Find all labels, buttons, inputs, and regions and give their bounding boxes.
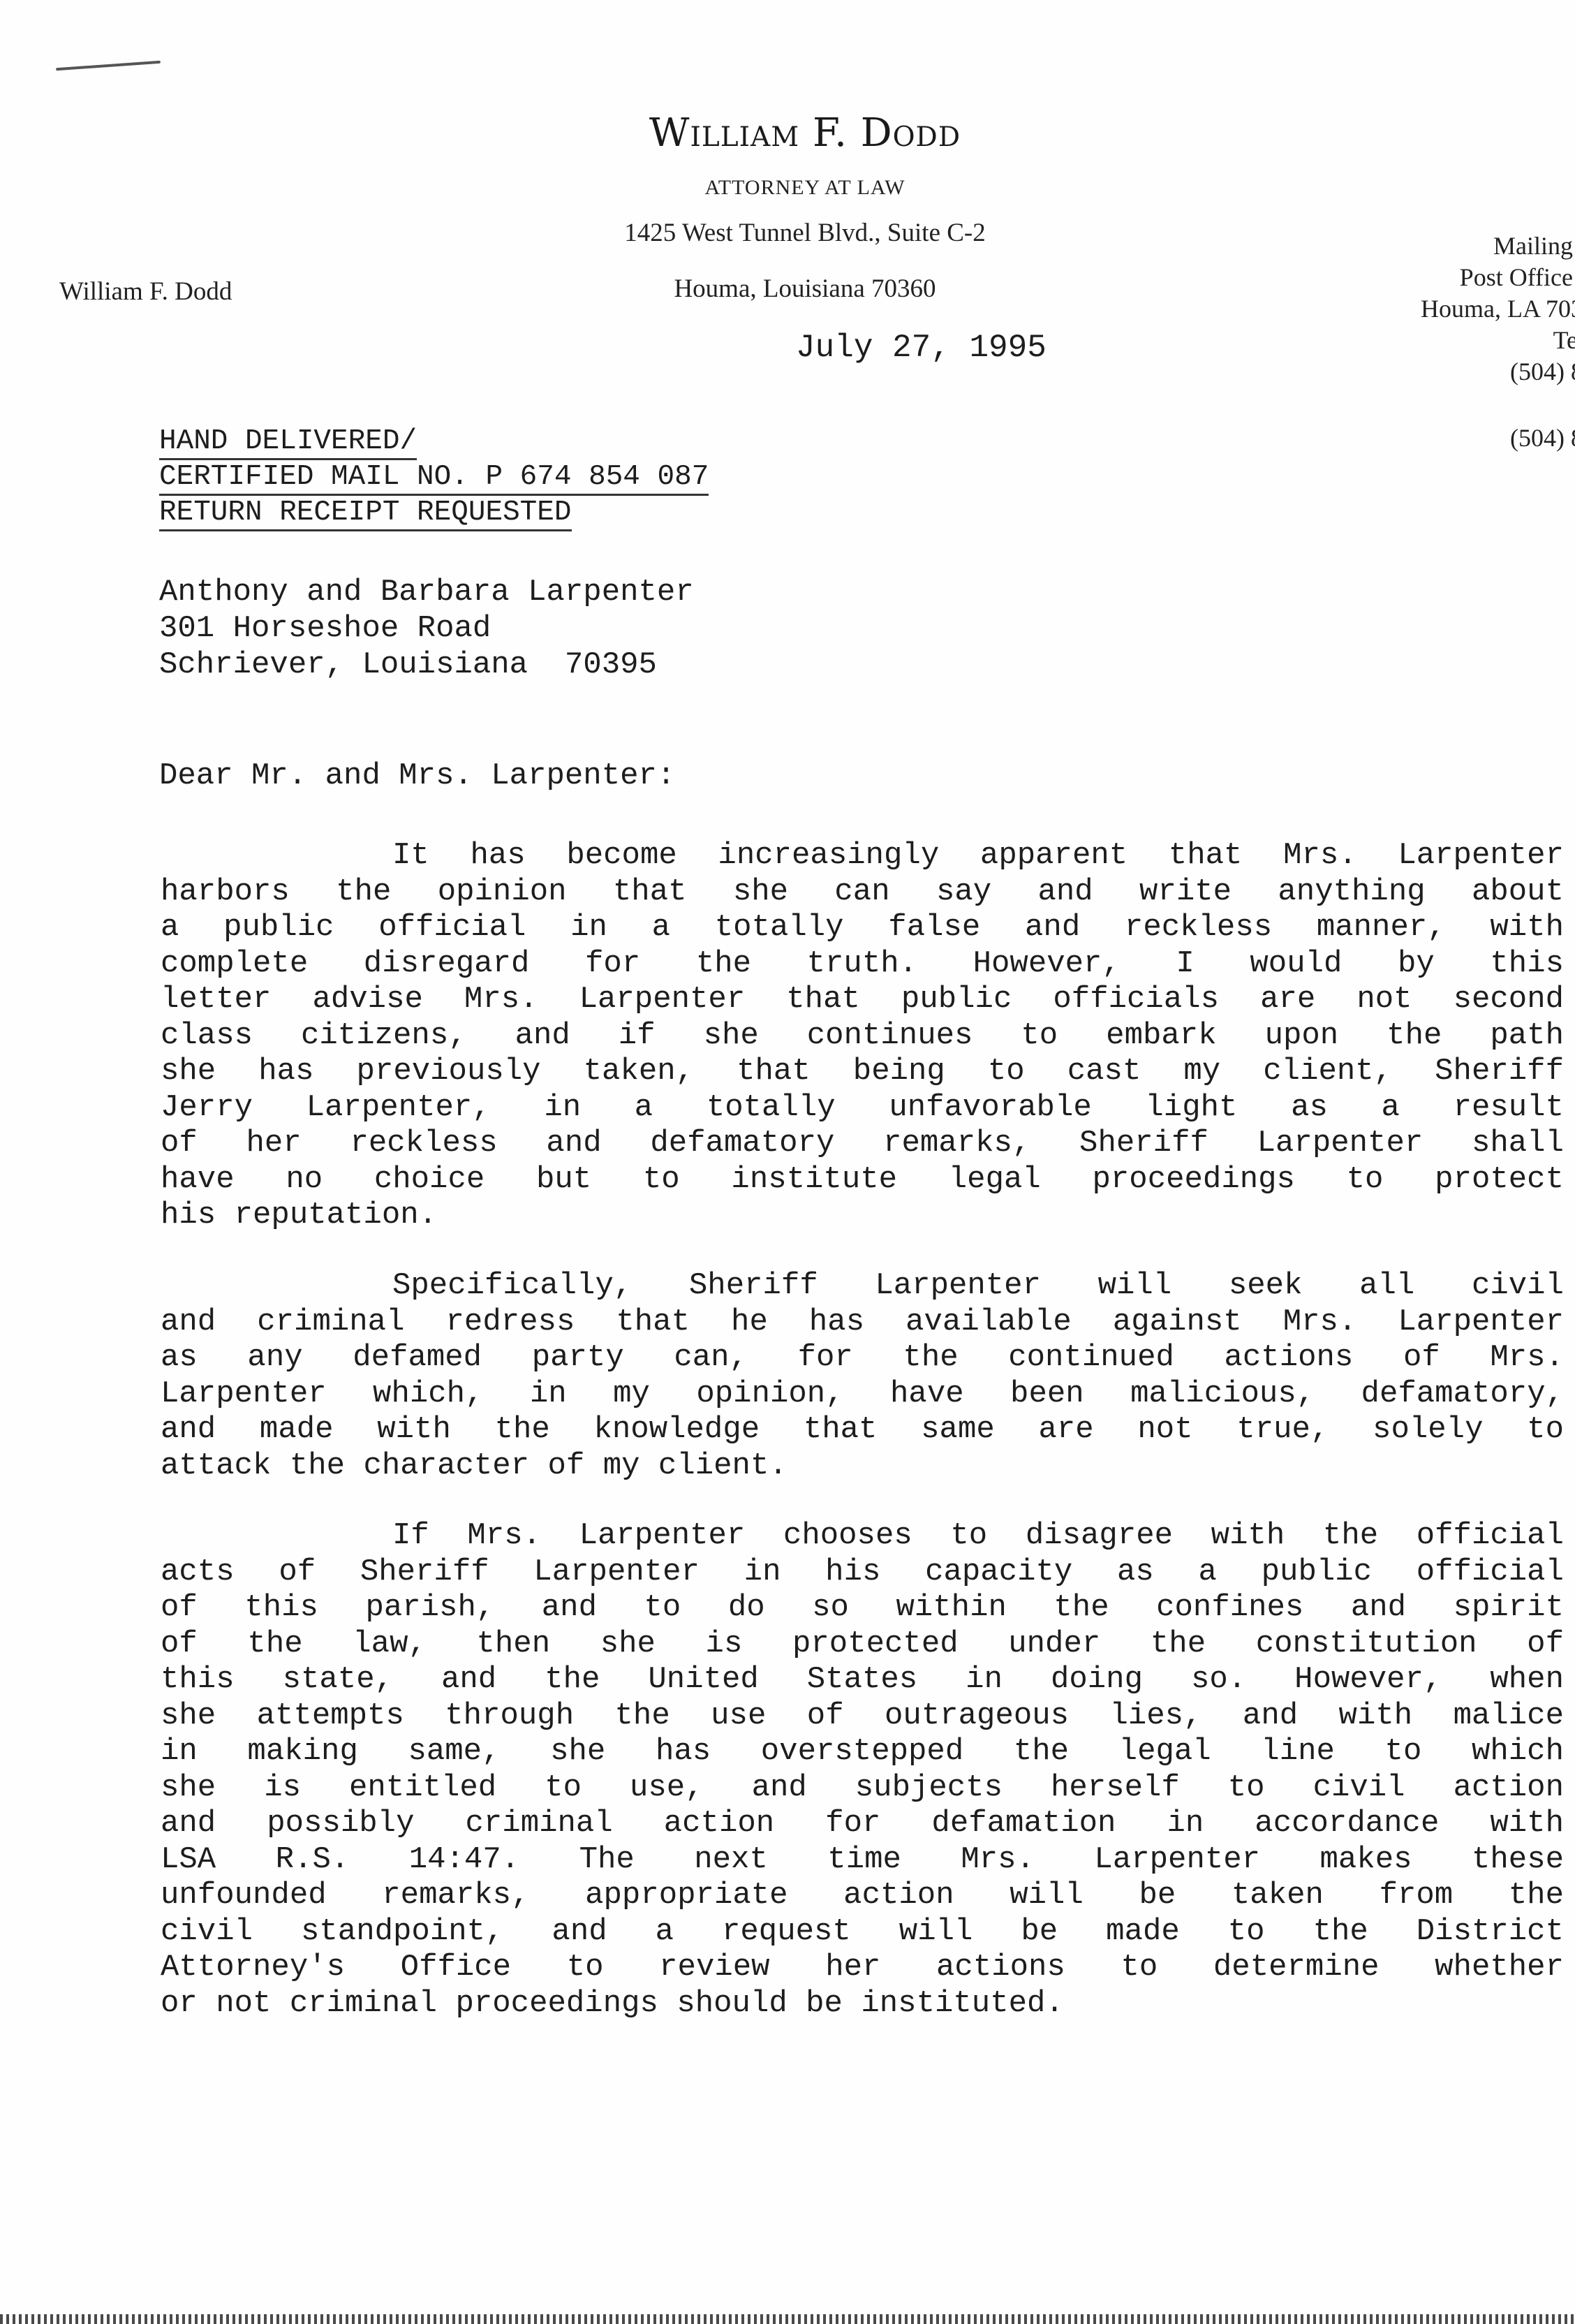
body-paragraph-2: Specifically, Sheriff Larpenter will see… bbox=[161, 1268, 1564, 1484]
mailing-phone-label: Tele bbox=[1421, 325, 1575, 356]
paragraph-line: civil standpoint, and a request will be … bbox=[161, 1914, 1564, 1950]
paragraph-line: of her reckless and defamatory remarks, … bbox=[161, 1126, 1564, 1162]
paragraph-line: Larpenter which, in my opinion, have bee… bbox=[161, 1376, 1564, 1413]
paragraph-line: in making same, she has overstepped the … bbox=[161, 1734, 1564, 1770]
letterhead-name-text: William F. Dodd bbox=[649, 110, 961, 156]
paragraph-line: attack the character of my client. bbox=[161, 1448, 1564, 1485]
paragraph-line: his reputation. bbox=[161, 1198, 1564, 1234]
scan-edge-border bbox=[0, 2314, 1575, 2324]
paragraph-line: class citizens, and if she continues to … bbox=[161, 1018, 1564, 1054]
paragraph-line: Jerry Larpenter, in a totally unfavorabl… bbox=[161, 1090, 1564, 1126]
paragraph-line: of the law, then she is protected under … bbox=[161, 1626, 1564, 1663]
delivery-line: RETURN RECEIPT REQUESTED bbox=[159, 496, 572, 531]
mailing-phone-2: (504) 87 bbox=[1421, 422, 1575, 454]
letterhead-left-name: William F. Dodd bbox=[59, 277, 232, 307]
paragraph-line: letter advise Mrs. Larpenter that public… bbox=[161, 982, 1564, 1018]
paragraph-line: have no choice but to institute legal pr… bbox=[161, 1162, 1564, 1198]
paragraph-line: she is entitled to use, and subjects her… bbox=[161, 1770, 1564, 1807]
mailing-po-box: Post Office B bbox=[1421, 262, 1575, 293]
mailing-label: Mailing A bbox=[1421, 230, 1575, 262]
letter-date: July 27, 1995 bbox=[796, 330, 1047, 366]
letter-page: William F. Dodd ATTORNEY AT LAW 1425 Wes… bbox=[0, 0, 1575, 2324]
paragraph-line: this state, and the United States in doi… bbox=[161, 1662, 1564, 1698]
letterhead-street-address: 1425 West Tunnel Blvd., Suite C-2 bbox=[0, 218, 1575, 248]
letterhead-mailing-block: Mailing A Post Office B Houma, LA 7036 T… bbox=[1421, 230, 1575, 454]
paragraph-line: and possibly criminal action for defamat… bbox=[161, 1806, 1564, 1842]
body-paragraph-1: It has become increasingly apparent that… bbox=[161, 838, 1564, 1234]
delivery-notation: HAND DELIVERED/ CERTIFIED MAIL NO. P 674… bbox=[159, 425, 709, 531]
paragraph-line: and made with the knowledge that same ar… bbox=[161, 1412, 1564, 1448]
recipient-address: Anthony and Barbara Larpenter 301 Horses… bbox=[159, 574, 694, 683]
paragraph-line: a public official in a totally false and… bbox=[161, 910, 1564, 946]
paragraph-line: acts of Sheriff Larpenter in his capacit… bbox=[161, 1554, 1564, 1591]
body-paragraph-3: If Mrs. Larpenter chooses to disagree wi… bbox=[161, 1518, 1564, 2022]
paragraph-line: and criminal redress that he has availab… bbox=[161, 1304, 1564, 1341]
paragraph-line: unfounded remarks, appropriate action wi… bbox=[161, 1878, 1564, 1914]
paragraph-line: of this parish, and to do so within the … bbox=[161, 1590, 1564, 1626]
paragraph-line: she attempts through the use of outrageo… bbox=[161, 1698, 1564, 1735]
letterhead-city-state-zip: Houma, Louisiana 70360 bbox=[0, 274, 1575, 304]
recipient-street: 301 Horseshoe Road bbox=[159, 610, 694, 647]
recipient-city-state-zip: Schriever, Louisiana 70395 bbox=[159, 647, 694, 683]
scan-mark bbox=[56, 61, 161, 71]
recipient-name: Anthony and Barbara Larpenter bbox=[159, 574, 694, 610]
paragraph-line: It has become increasingly apparent that… bbox=[161, 838, 1564, 874]
delivery-line: HAND DELIVERED/ bbox=[159, 425, 417, 460]
mailing-spacer bbox=[1421, 388, 1575, 422]
delivery-line: CERTIFIED MAIL NO. P 674 854 087 bbox=[159, 460, 709, 496]
paragraph-line: complete disregard for the truth. Howeve… bbox=[161, 946, 1564, 983]
salutation: Dear Mr. and Mrs. Larpenter: bbox=[159, 758, 675, 793]
paragraph-line: Specifically, Sheriff Larpenter will see… bbox=[161, 1268, 1564, 1304]
mailing-phone-1: (504) 87 bbox=[1421, 356, 1575, 388]
paragraph-line: If Mrs. Larpenter chooses to disagree wi… bbox=[161, 1518, 1564, 1554]
letterhead-title: ATTORNEY AT LAW bbox=[0, 176, 1575, 200]
letterhead-name: William F. Dodd bbox=[0, 110, 1575, 156]
paragraph-line: harbors the opinion that she can say and… bbox=[161, 874, 1564, 911]
paragraph-line: she has previously taken, that being to … bbox=[161, 1054, 1564, 1090]
paragraph-line: or not criminal proceedings should be in… bbox=[161, 1986, 1564, 2022]
paragraph-line: Attorney's Office to review her actions … bbox=[161, 1950, 1564, 1986]
paragraph-line: LSA R.S. 14:47. The next time Mrs. Larpe… bbox=[161, 1842, 1564, 1878]
mailing-city: Houma, LA 7036 bbox=[1421, 293, 1575, 325]
paragraph-line: as any defamed party can, for the contin… bbox=[161, 1340, 1564, 1376]
